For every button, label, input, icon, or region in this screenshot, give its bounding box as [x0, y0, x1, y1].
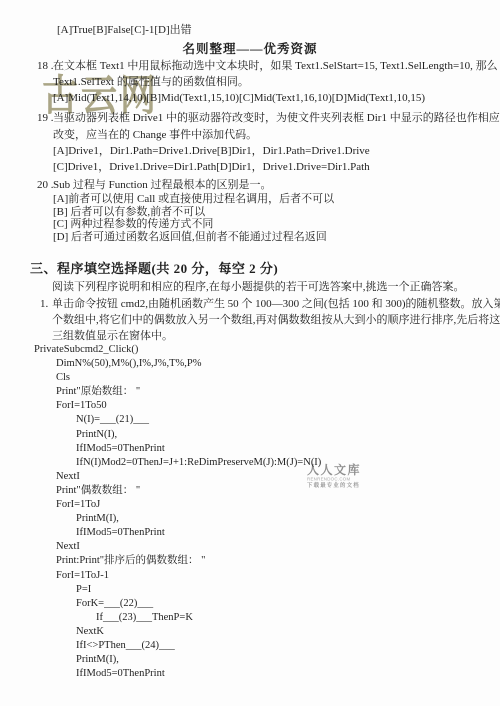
code-line: P=I: [76, 583, 321, 597]
question17-options-line: [A]True[B]False[C]-1[D]出错: [57, 24, 192, 37]
code-line: PrintM(I),: [76, 512, 321, 526]
question20-option-d: [D] 后者可通过函数名返回值,但前者不能通过过程名返回: [53, 231, 327, 244]
code-line: IfN(I)Mod2=0ThenJ=J+1:ReDimPreserveM(J):…: [76, 456, 321, 470]
question20-option-a: [A]前者可以使用 Call 或直接使用过程名调用，后者不可以: [53, 193, 334, 206]
question19-line2: 改变，应当在的 Change 事件中添加代码。: [53, 129, 257, 142]
question20-stem: Sub 过程与 Function 过程最根本的区别是一。: [53, 179, 271, 192]
code-line: Cls: [56, 371, 321, 385]
code-line: ForI=1ToJ-1: [56, 569, 321, 583]
question19-number: 19 .: [37, 112, 54, 125]
question18-options: [A]Mid(Text1,14,10)[B]Mid(Text1,15,10)[C…: [53, 92, 425, 105]
code-line: Print:Print"排序后的偶数数组： ": [56, 554, 321, 568]
question18-line2: Text1.SelText 的属性值与的函数值相同。: [53, 76, 249, 89]
question19-options-ab: [A]Drive1，Dir1.Path=Drive1.Drive[B]Dir1，…: [53, 145, 370, 158]
question20-option-c: [C] 两种过程参数的传递方式不同: [53, 218, 213, 231]
section3-heading: 三、程序填空选择题(共 20 分，每空 2 分): [30, 258, 278, 277]
code-line: PrintN(I),: [76, 428, 321, 442]
scanned-exam-page: 古云网 人人文库 RENRENDOC.COM 下载最专业的文档 [A]True[…: [0, 0, 500, 706]
code-line: N(I)=___(21)___: [76, 413, 321, 427]
code-line: NextK: [76, 625, 321, 639]
problem1-line3: 三组数值显示在窗体中。: [52, 330, 173, 343]
code-line: ForK=___(22)___: [76, 597, 321, 611]
code-line: Print"偶数数组： ": [56, 484, 321, 498]
code-line: IfIMod5=0ThenPrint: [76, 442, 321, 456]
code-line: DimN%(50),M%(),I%,J%,T%,P%: [56, 357, 321, 371]
question20-number: 20 .: [37, 179, 54, 192]
code-line: IfIMod5=0ThenPrint: [76, 526, 321, 540]
code-line: NextI: [56, 540, 321, 554]
code-line: Print"原始数组： ": [56, 385, 321, 399]
question19-options-cd: [C]Drive1，Drive1.Drive=Dir1.Path[D]Dir1，…: [53, 161, 370, 174]
problem1-line2: 个数组中,将它们中的偶数放入另一个数组,再对偶数数组按从大到小的顺序进行排序,先…: [52, 314, 500, 327]
code-block: PrivateSubcmd2_Click()DimN%(50),M%(),I%,…: [34, 343, 321, 681]
code-line: If___(23)___ThenP=K: [96, 611, 321, 625]
question18-number: 18 .: [37, 60, 54, 73]
code-line: NextI: [56, 470, 321, 484]
code-line: IfI<>PThen___(24)___: [76, 639, 321, 653]
code-line: PrivateSubcmd2_Click(): [34, 343, 321, 357]
section3-intro: 阅读下列程序说明和相应的程序,在每小题提供的若干可选答案中,挑选一个正确答案。: [52, 281, 465, 294]
code-line: PrintM(I),: [76, 653, 321, 667]
question19-line1: 当驱动器列表框 Drive1 中的驱动器符改变时，为使文件夹列表框 Dir1 中…: [53, 112, 500, 125]
code-line: ForI=1ToJ: [56, 498, 321, 512]
code-line: IfIMod5=0ThenPrint: [76, 667, 321, 681]
question18-line1: 在文本框 Text1 中用鼠标拖动选中文本块时，如果 Text1.SelStar…: [53, 60, 498, 73]
page-title: 名则整理——优秀资源: [0, 39, 500, 57]
problem1-number: 1.: [40, 298, 48, 311]
code-line: ForI=1To50: [56, 399, 321, 413]
problem1-line1: 单击命令按钮 cmd2,由随机函数产生 50 个 100—300 之间(包括 1…: [52, 298, 500, 311]
